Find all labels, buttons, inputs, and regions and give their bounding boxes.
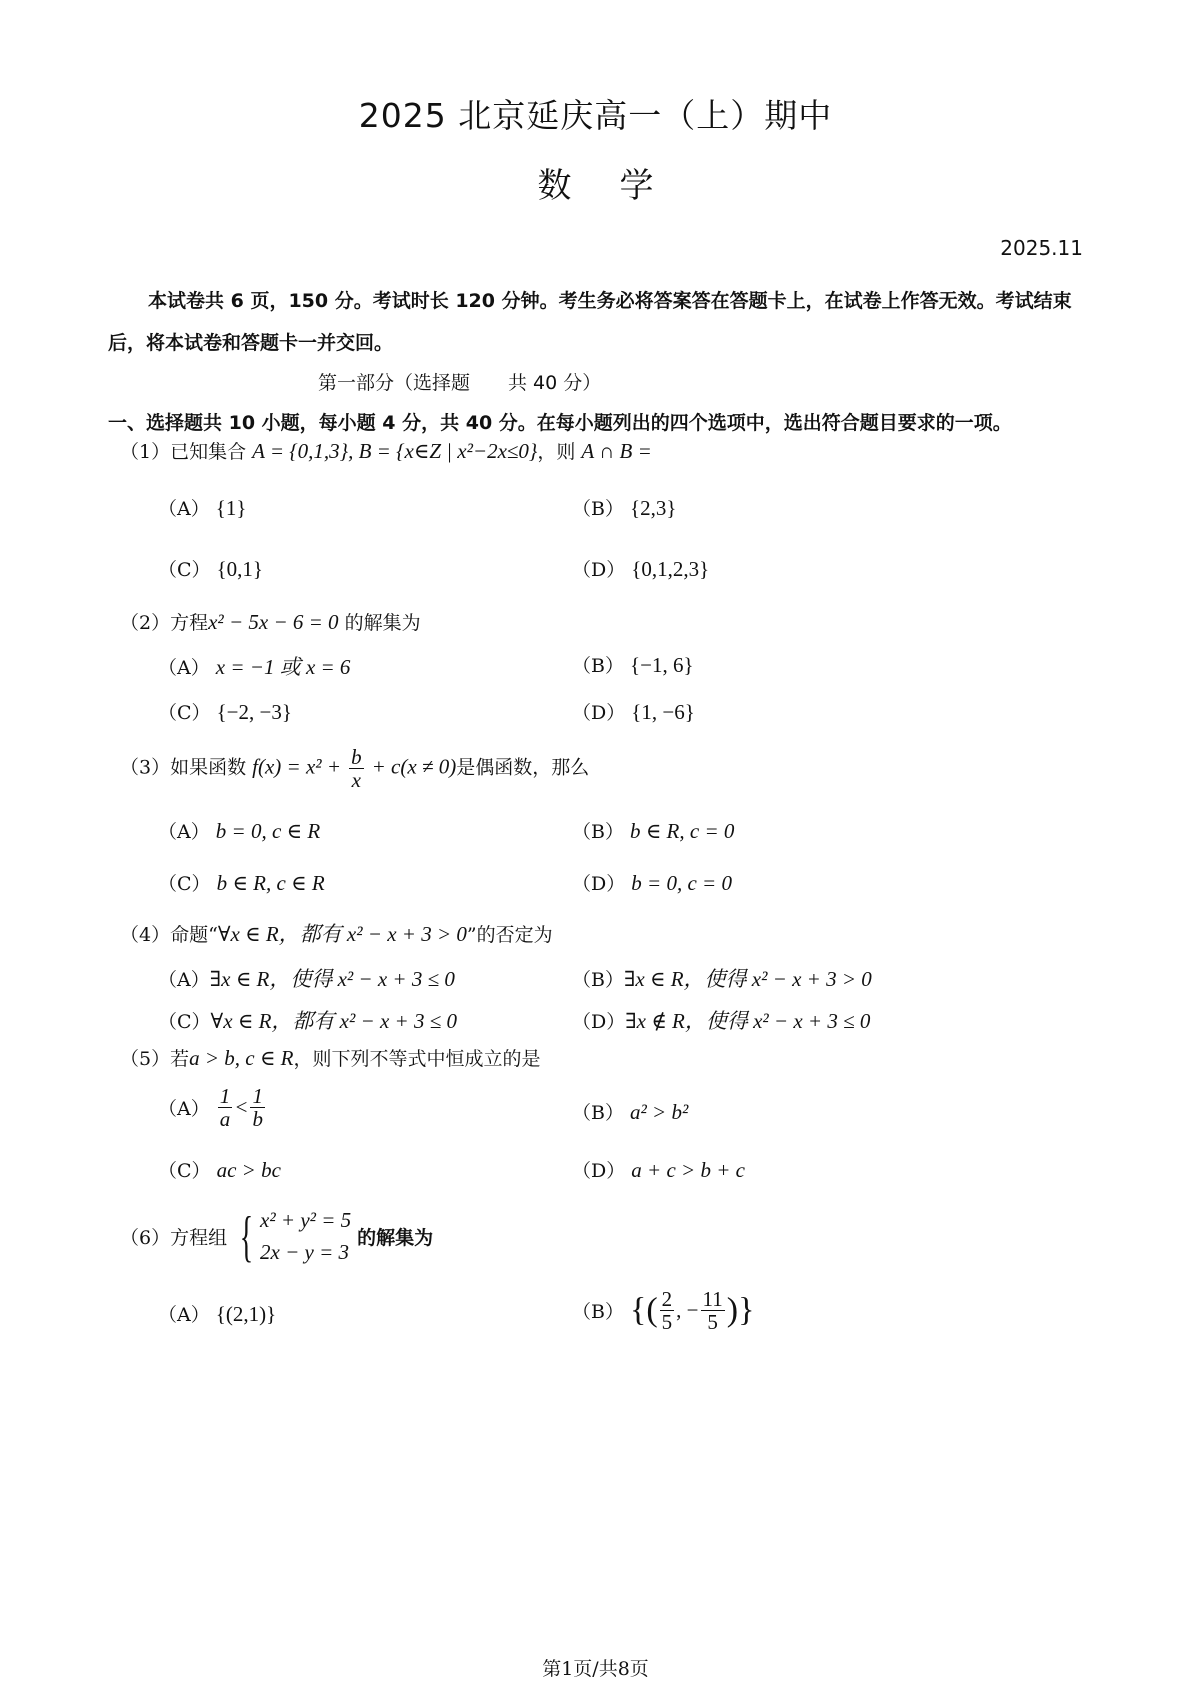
question-3-option-c: （C） b ∈ R, c ∈ R (158, 869, 325, 896)
question-5-option-d: （D） a + c > b + c (572, 1156, 745, 1183)
question-text: 已知集合 (170, 441, 246, 463)
question-3-option-a: （A） b = 0, c ∈ R (158, 817, 320, 844)
question-5-option-b: （B） a² > b² (572, 1098, 688, 1125)
question-1-option-b: （B） {2,3} (572, 494, 676, 521)
equation-system: { x² + y² = 52x − y = 3 (233, 1205, 351, 1268)
question-5-stem: （5）若a > b, c ∈ R，则下列不等式中恒成立的是 (120, 1044, 541, 1071)
question-3-option-b: （B） b ∈ R, c = 0 (572, 817, 734, 844)
question-1-option-d: （D） {0,1,2,3} (572, 555, 709, 582)
question-6-stem: （6）方程组 { x² + y² = 52x − y = 3 的解集为 (120, 1205, 433, 1268)
question-text: ，则 (537, 441, 575, 463)
question-3-stem: （3）如果函数 f(x) = x² + bx + c(x ≠ 0)是偶函数，那么 (120, 746, 589, 791)
question-4-option-d: （D）∃x ∉ R，使得 x² − x + 3 ≤ 0 (572, 1005, 870, 1035)
question-2-option-b: （B） {−1, 6} (572, 651, 694, 678)
page-title: 2025 北京延庆高一（上）期中 (0, 90, 1191, 137)
subject-char: 数 (538, 158, 572, 207)
question-1-option-a: （A） {1} (158, 494, 246, 521)
question-2-option-d: （D） {1, −6} (572, 698, 695, 725)
question-2-stem: （2）方程x² − 5x − 6 = 0 的解集为 (120, 608, 421, 635)
question-4-option-a: （A）∃x ∈ R，使得 x² − x + 3 ≤ 0 (158, 963, 455, 993)
question-5-option-c: （C） ac > bc (158, 1156, 281, 1183)
question-5-option-a: （A） 1a<1b (158, 1085, 267, 1130)
question-math: A = {0,1,3}, B = {x∈Z | x²−2x≤0} (252, 439, 537, 463)
question-2-option-c: （C） {−2, −3} (158, 698, 292, 725)
subject-char: 学 (620, 158, 654, 207)
question-1-option-c: （C） {0,1} (158, 555, 263, 582)
question-6-option-b: （B） {(25, −115)} (572, 1288, 754, 1333)
fraction: bx (349, 746, 364, 791)
section-heading: 一、选择题共 10 小题，每小题 4 分，共 40 分。在每小题列出的四个选项中… (108, 408, 1012, 435)
question-4-stem: （4）命题“∀x ∈ R，都有 x² − x + 3 > 0”的否定为 (120, 918, 553, 948)
question-2-option-a: （A） x = −1 或 x = 6 (158, 651, 350, 681)
subject-title: 数学 (0, 158, 1191, 207)
question-math: A ∩ B = (581, 439, 651, 463)
exam-date: 2025.11 (1000, 236, 1083, 260)
question-1-stem: （1）已知集合 A = {0,1,3}, B = {x∈Z | x²−2x≤0}… (120, 437, 652, 464)
question-6-option-a: （A） {(2,1)} (158, 1300, 276, 1327)
question-4-option-b: （B）∃x ∈ R，使得 x² − x + 3 > 0 (572, 963, 872, 993)
question-3-option-d: （D） b = 0, c = 0 (572, 869, 732, 896)
question-4-option-c: （C）∀x ∈ R，都有 x² − x + 3 ≤ 0 (158, 1005, 457, 1035)
part-heading: 第一部分（选择题 共 40 分） (318, 368, 601, 395)
question-number: （1） (120, 441, 170, 463)
page-indicator: 第1页/共8页 (0, 1654, 1191, 1681)
exam-instructions: 本试卷共 6 页，150 分。考试时长 120 分钟。考生务必将答案答在答题卡上… (108, 280, 1088, 364)
